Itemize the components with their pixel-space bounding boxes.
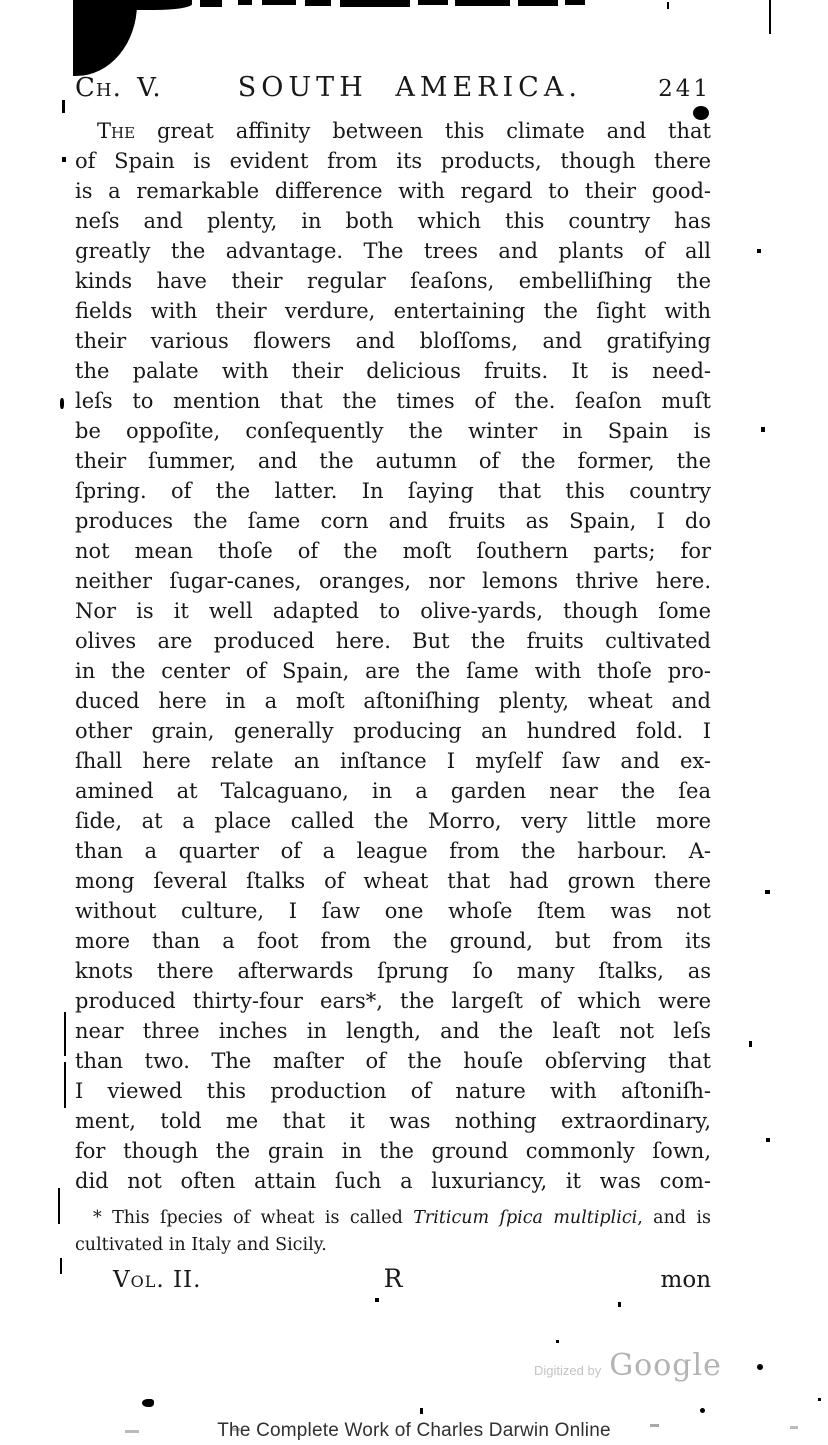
- body-text-line: is a remarkable difference with regard t…: [75, 176, 711, 206]
- footnote-latin-name: Triticum ſpica multiplici: [413, 1208, 637, 1228]
- body-text-line: of Spain is evident from its products, t…: [75, 146, 711, 176]
- lead-word: The: [97, 119, 135, 143]
- body-text-line: in the center of Spain, are the ſame wit…: [75, 656, 711, 686]
- ink-mark: [618, 1302, 621, 1307]
- ink-dot: [700, 1408, 705, 1413]
- body-text-line: I viewed this production of nature with …: [75, 1076, 711, 1106]
- ink-dot: [757, 1364, 763, 1370]
- text-column: Ch. V. SOUTH AMERICA. 241 The great affi…: [75, 72, 711, 1295]
- digitization-watermark: Digitized by Google: [534, 1348, 722, 1383]
- ink-mark: [305, 0, 331, 6]
- corner-ink-blob: [73, 0, 137, 76]
- ink-mark: [761, 427, 765, 432]
- body-text-line: for though the grain in the ground commo…: [75, 1136, 711, 1166]
- gathering-mark: R: [384, 1264, 403, 1294]
- body-text-line: be oppoſite, conſequently the winter in …: [75, 416, 711, 446]
- ink-mark: [262, 0, 296, 5]
- ink-mark: [818, 1398, 821, 1401]
- signature-row: Vol. II. R mon: [75, 1264, 711, 1295]
- chapter-label: Ch. V.: [75, 73, 162, 103]
- body-text-line: more than a foot from the ground, but fr…: [75, 926, 711, 956]
- body-text-line: produced thirty-four ears*, the largeſt …: [75, 986, 711, 1016]
- ink-mark: [757, 249, 761, 253]
- body-text-line: ſhall here relate an inſtance I myſelf ſ…: [75, 746, 711, 776]
- body-text-line: knots there afterwards ſprung ſo many ſt…: [75, 956, 711, 986]
- body-text-line: ment, told me that it was nothing extrao…: [75, 1106, 711, 1136]
- body-text-line: mong ſeveral ſtalks of wheat that had gr…: [75, 866, 711, 896]
- body-text-line: without culture, I ſaw one whoſe ſtem wa…: [75, 896, 711, 926]
- body-text-line: greatly the advantage. The trees and pla…: [75, 236, 711, 266]
- first-line-rest: great affinity between this climate and …: [157, 119, 711, 143]
- ink-mark: [749, 1041, 752, 1047]
- body-text-line: their ſummer, and the autumn of the form…: [75, 446, 711, 476]
- body-text-line: did not often attain ſuch a luxuriancy, …: [75, 1166, 711, 1196]
- body-text-line: amined at Talcaguano, in a garden near t…: [75, 776, 711, 806]
- body-text-line: kinds have their regular ſeaſons, embell…: [75, 266, 711, 296]
- google-logo: Google: [609, 1348, 722, 1383]
- ink-mark: [455, 0, 510, 6]
- ink-mark: [238, 0, 252, 5]
- footnote-line: cultivated in Italy and Sicily.: [75, 1232, 711, 1259]
- volume-label-wrap: Vol. II.: [75, 1265, 384, 1295]
- footnote-text: , and is: [637, 1208, 711, 1228]
- scanned-book-page: Ch. V. SOUTH AMERICA. 241 The great affi…: [0, 0, 828, 1445]
- body-text-line: than two. The maſter of the houſe obſerv…: [75, 1046, 711, 1076]
- page-edge-line: [64, 1012, 66, 1056]
- ink-mark: [667, 2, 669, 9]
- page-header: Ch. V. SOUTH AMERICA. 241: [75, 72, 711, 108]
- ink-mark: [765, 890, 770, 894]
- page-number: 241: [658, 76, 711, 102]
- body-text-line: ſpring. of the latter. In ſaying that th…: [75, 476, 711, 506]
- body-text-line: fields with their verdure, entertaining …: [75, 296, 711, 326]
- page-edge-line: [64, 1062, 66, 1108]
- body-text-line: produces the ſame corn and fruits as Spa…: [75, 506, 711, 536]
- body-text-line: neſs and plenty, in both which this coun…: [75, 206, 711, 236]
- footnote-marker: *: [93, 1208, 102, 1228]
- body-text-line: their various flowers and bloſſoms, and …: [75, 326, 711, 356]
- body-text-line: than a quarter of a league from the harb…: [75, 836, 711, 866]
- ink-mark: [62, 100, 65, 113]
- footnote: * This ſpecies of wheat is called Tritic…: [75, 1205, 711, 1259]
- body-text-line: olives are produced here. But the fruits…: [75, 626, 711, 656]
- body-text-line: duced here in a moſt aſtoniſhing plenty,…: [75, 686, 711, 716]
- digitized-by-label: Digitized by: [534, 1363, 601, 1378]
- footnote-line: * This ſpecies of wheat is called Tritic…: [75, 1205, 711, 1232]
- ink-mark: [60, 398, 64, 409]
- body-text-line: neither ſugar-canes, oranges, nor lemons…: [75, 566, 711, 596]
- site-footer: The Complete Work of Charles Darwin Onli…: [0, 1420, 828, 1442]
- ink-mark: [565, 0, 585, 5]
- body-text-line: other grain, generally producing an hund…: [75, 716, 711, 746]
- body-text-line: leſs to mention that the times of the. ſ…: [75, 386, 711, 416]
- ink-mark: [418, 0, 448, 5]
- ink-mark: [420, 1408, 423, 1414]
- body-text-line: ſide, at a place called the Morro, very …: [75, 806, 711, 836]
- ink-mark: [340, 0, 410, 7]
- ink-mark: [518, 0, 558, 6]
- ink-mark: [130, 0, 192, 10]
- body-text-line: Nor is it well adapted to olive-yards, t…: [75, 596, 711, 626]
- ink-mark: [556, 1340, 559, 1343]
- ink-mark: [766, 1138, 770, 1142]
- body-text: The great affinity between this climate …: [75, 116, 711, 1196]
- page-edge-line: [60, 1258, 62, 1274]
- ink-mark: [62, 157, 66, 162]
- ink-mark: [769, 0, 771, 34]
- body-text-line: near three inches in length, and the lea…: [75, 1016, 711, 1046]
- running-title: SOUTH AMERICA.: [162, 72, 658, 103]
- ink-mark: [142, 1399, 154, 1407]
- footnote-text: This ſpecies of wheat is called: [112, 1208, 413, 1228]
- body-text-line: not mean thoſe of the moſt ſouthern part…: [75, 536, 711, 566]
- body-text-line: The great affinity between this climate …: [75, 116, 711, 146]
- ink-mark: [375, 1298, 379, 1302]
- ink-mark: [200, 0, 222, 7]
- body-text-line: the palate with their delicious fruits. …: [75, 356, 711, 386]
- page-edge-line: [58, 1188, 60, 1224]
- volume-label: Vol. II.: [113, 1267, 201, 1293]
- catchword: mon: [402, 1265, 711, 1295]
